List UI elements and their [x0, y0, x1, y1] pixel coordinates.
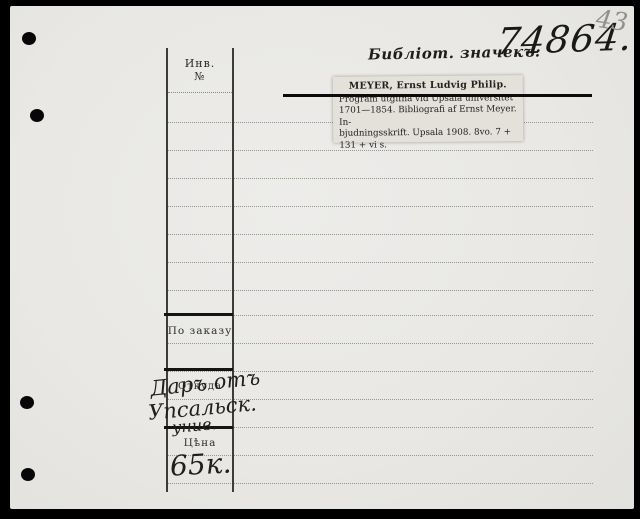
- by-order-label: По заказу: [166, 325, 234, 337]
- label-body-line: 1701—1854. Bibliografi af Ernst Meyer. I…: [339, 105, 518, 129]
- punch-hole: [21, 468, 35, 481]
- inventory-header: Инв. №: [168, 48, 232, 93]
- heading-rule: [283, 94, 592, 97]
- label-body: Program utgifna vid Upsala universitet 1…: [333, 90, 524, 152]
- label-body-line: bjudningsskrift. Upsala 1908. 8vo. 7 +: [339, 127, 518, 140]
- punch-hole: [20, 396, 34, 409]
- price-handwritten: 65к.: [169, 446, 232, 482]
- label-body-line: 131 + vi s.: [339, 139, 518, 152]
- pencil-note-handwritten: 43: [594, 4, 630, 37]
- card-paper: [10, 6, 634, 509]
- label-heading: MEYER, Ernst Ludvig Philip.: [333, 75, 523, 92]
- punch-hole: [30, 109, 44, 122]
- inventory-label-line1: Инв.: [168, 57, 232, 70]
- inventory-label-line2: №: [168, 70, 232, 83]
- punch-hole: [22, 32, 36, 45]
- section-divider: [164, 313, 233, 316]
- origin-handwritten-line3: унив.: [171, 414, 217, 437]
- pasted-bibliographic-label: MEYER, Ernst Ludvig Philip. Program utgi…: [333, 75, 524, 143]
